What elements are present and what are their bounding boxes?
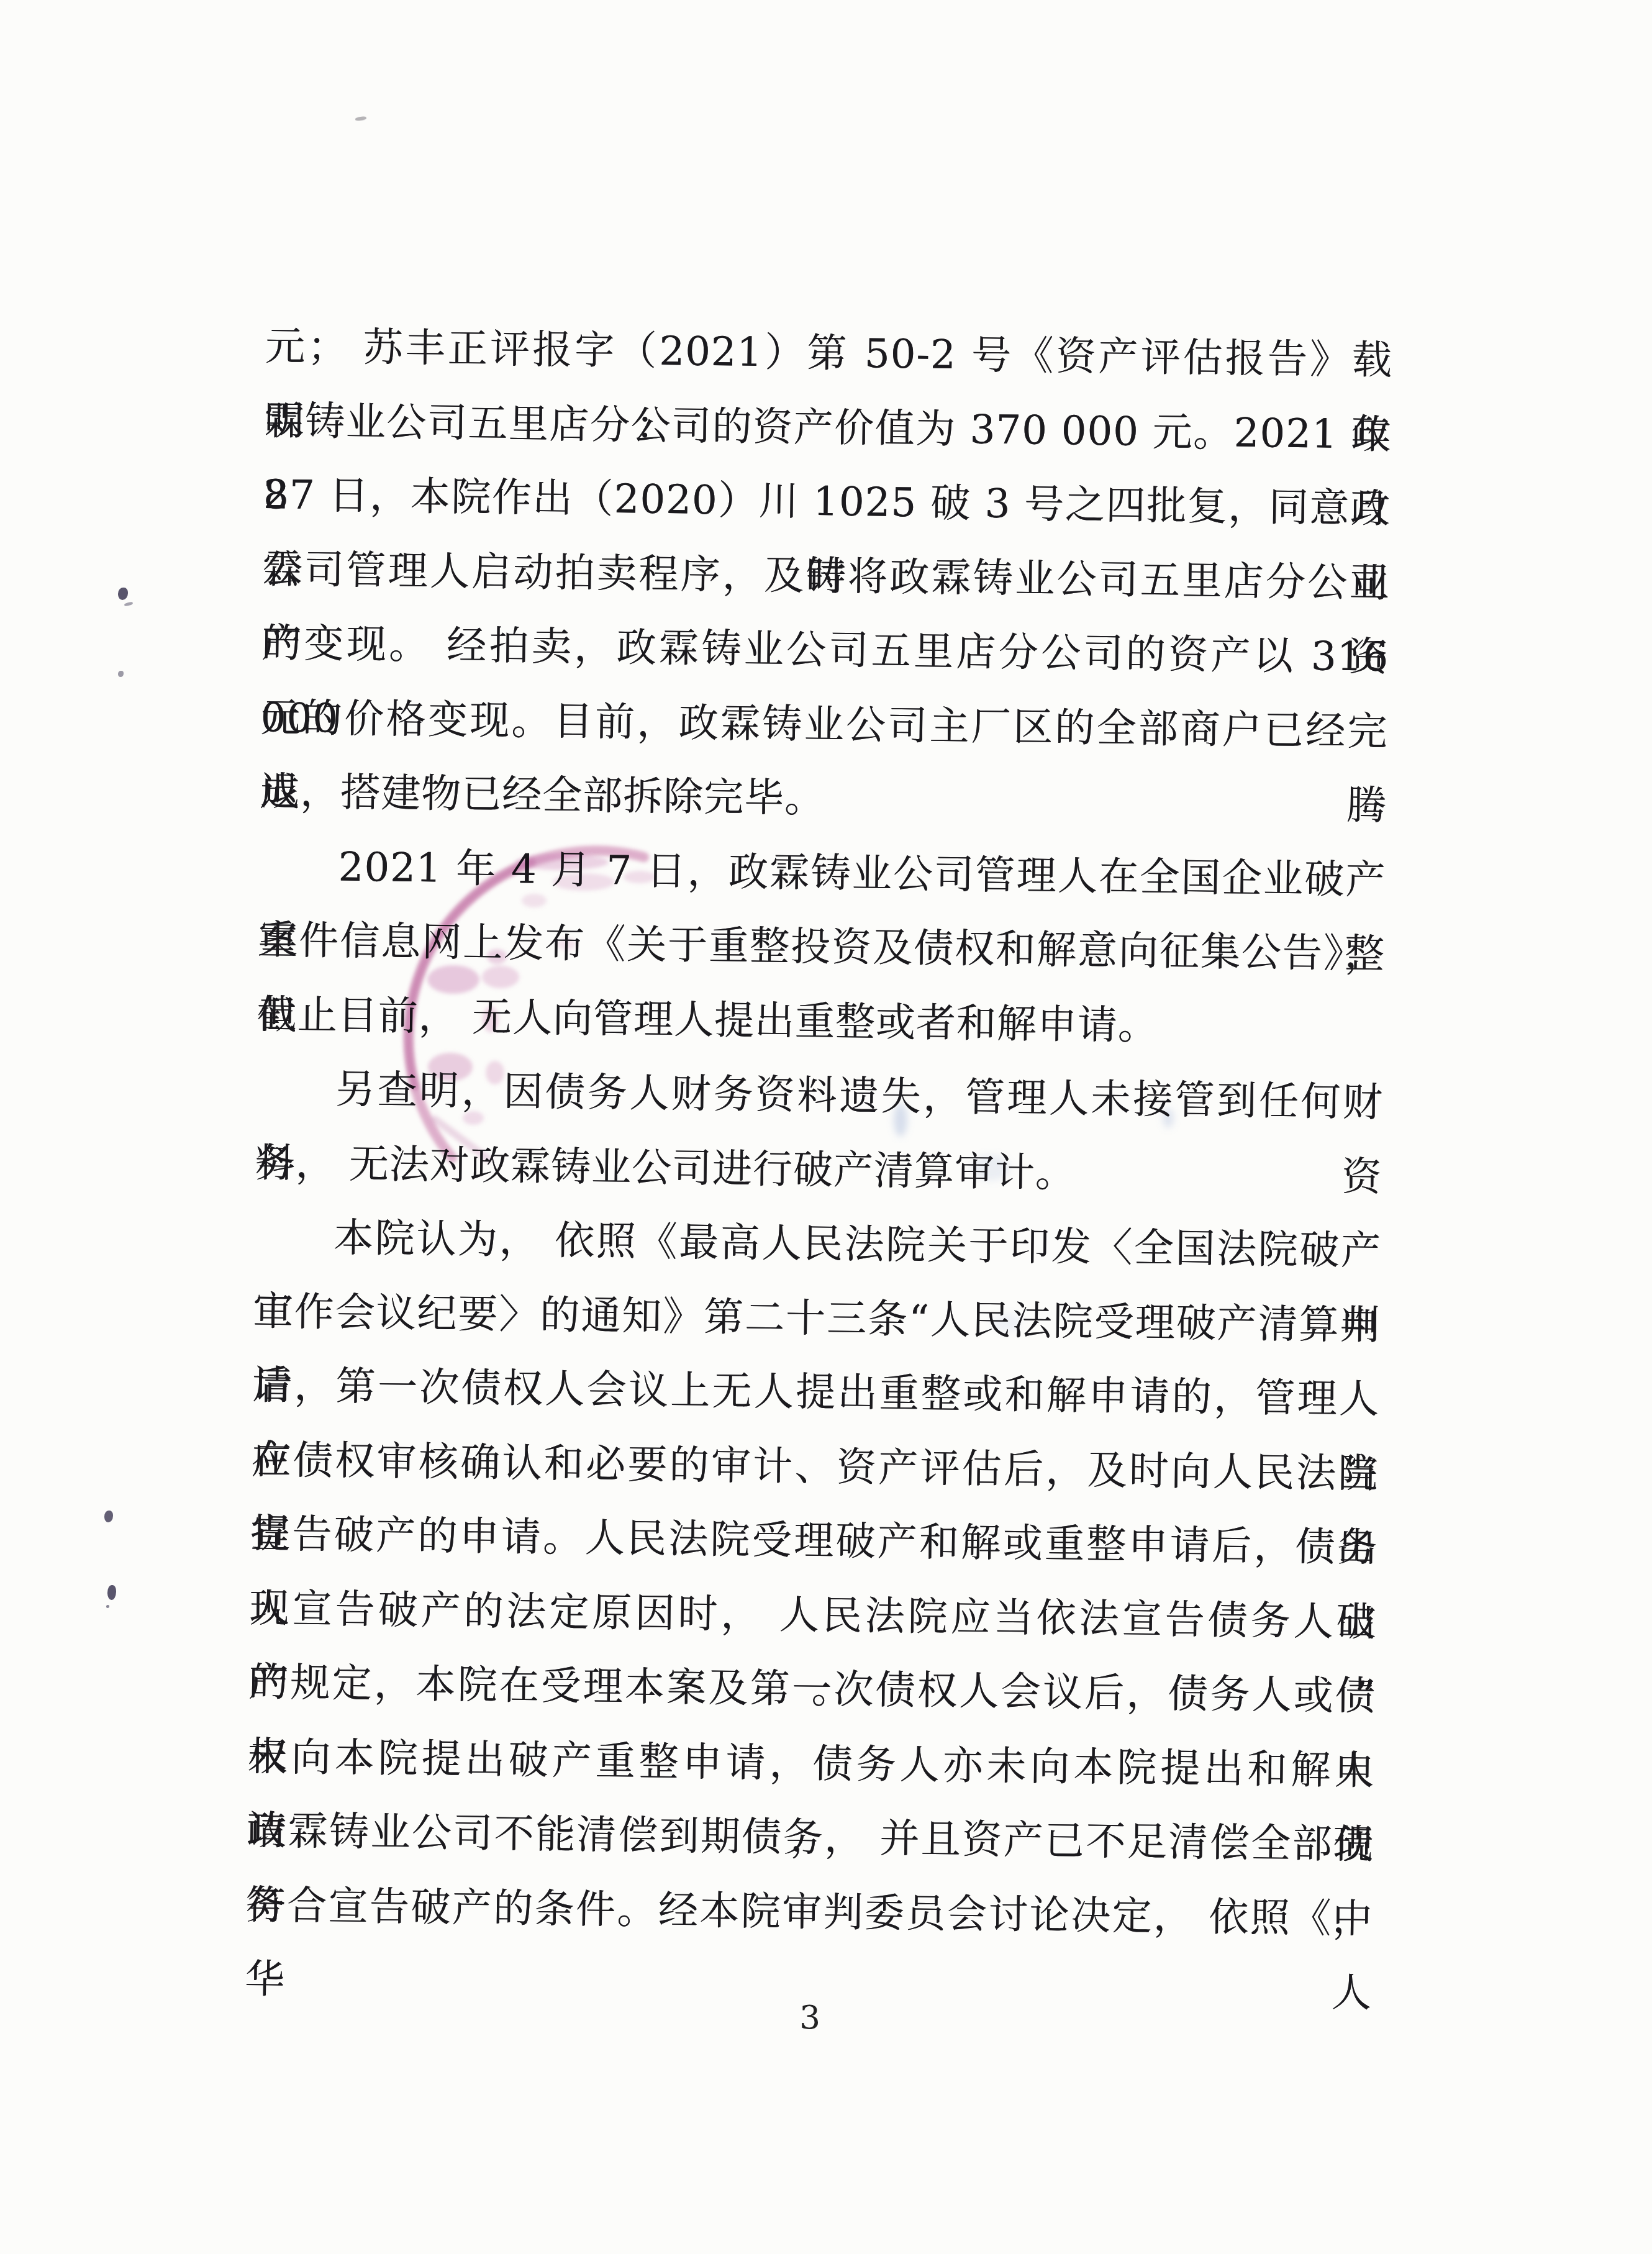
page-number: 3: [769, 2001, 850, 2034]
text-line: 的规定，本院在受理本案及第一次债权人会议后，债务人或债权人: [248, 1646, 1376, 1734]
text-line: 工作会议纪要〉的通知》第二十三条“人民法院受理破产清算申请: [253, 1275, 1381, 1363]
text-line: 政霖铸业公司不能清偿到期债务， 并且资产已不足清偿全部债务，: [246, 1794, 1374, 1883]
text-line: 公司管理人启动拍卖程序，及时将政霖铸业公司五里店分公司的资: [262, 532, 1390, 620]
text-line: 2021 年 4 月 7 日，政霖铸业公司管理人在全国企业破产重整: [258, 829, 1386, 917]
text-line: 案件信息网上发布《关于重整投资及债权和解意向征集公告》，但: [257, 904, 1385, 992]
text-line: 在债权审核确认和必要的审计、资产评估后，及时向人民法院提出: [251, 1423, 1379, 1511]
ink-speck: [104, 1511, 113, 1522]
text-line: 本院认为， 依照《最高人民法院关于印发〈全国法院破产审判: [253, 1201, 1381, 1289]
text-line: 霖铸业公司五里店分公司的资产价值为 370 000 元。2021 年 8 月: [264, 384, 1392, 472]
document-page: 元； 苏丰正评报字（2021）第 50-2 号《资产评估报告》载明： 政 霖铸业…: [0, 0, 1652, 2254]
ink-speck: [107, 1585, 116, 1600]
text-line: 宣告破产的申请。人民法院受理破产和解或重整申请后，债务人出: [250, 1497, 1377, 1586]
text-line: 元； 苏丰正评报字（2021）第 50-2 号《资产评估报告》载明： 政: [265, 310, 1392, 398]
text-line: 元的价格变现。目前，政霖铸业公司主厂区的全部商户已经完成腾: [260, 681, 1388, 769]
ink-speck: [118, 588, 128, 600]
text-line: 另查明，因债务人财务资料遗失，管理人未接管到任何财务资: [255, 1052, 1383, 1140]
text-line: 未向本院提出破产重整申请，债务人亦未向本院提出和解申请，现: [247, 1720, 1375, 1808]
ink-speck: [118, 671, 124, 677]
text-line: 27 日，本院作出（2020）川 1025 破 3 号之四批复，同意政霖铸业: [263, 458, 1391, 547]
text-line: 现宣告破产的法定原因时， 人民法院应当依法宣告债务人破产。”: [249, 1571, 1377, 1660]
text-line: 截止目前， 无人向管理人提出重整或者和解申请。: [256, 978, 1384, 1066]
ink-speck: [355, 116, 367, 121]
ink-speck: [124, 601, 134, 606]
text-line: 符合宣告破产的条件。经本院审判委员会讨论决定， 依照《中华人: [245, 1868, 1373, 1956]
ink-speck: [106, 1605, 109, 1608]
text-line: 产变现。 经拍卖，政霖铸业公司五里店分公司的资产以 316 000: [261, 607, 1389, 695]
text-line: 后，第一次债权人会议上无人提出重整或和解申请的，管理人应当: [252, 1349, 1379, 1437]
body-text: 元； 苏丰正评报字（2021）第 50-2 号《资产评估报告》载明： 政 霖铸业…: [245, 310, 1393, 1957]
